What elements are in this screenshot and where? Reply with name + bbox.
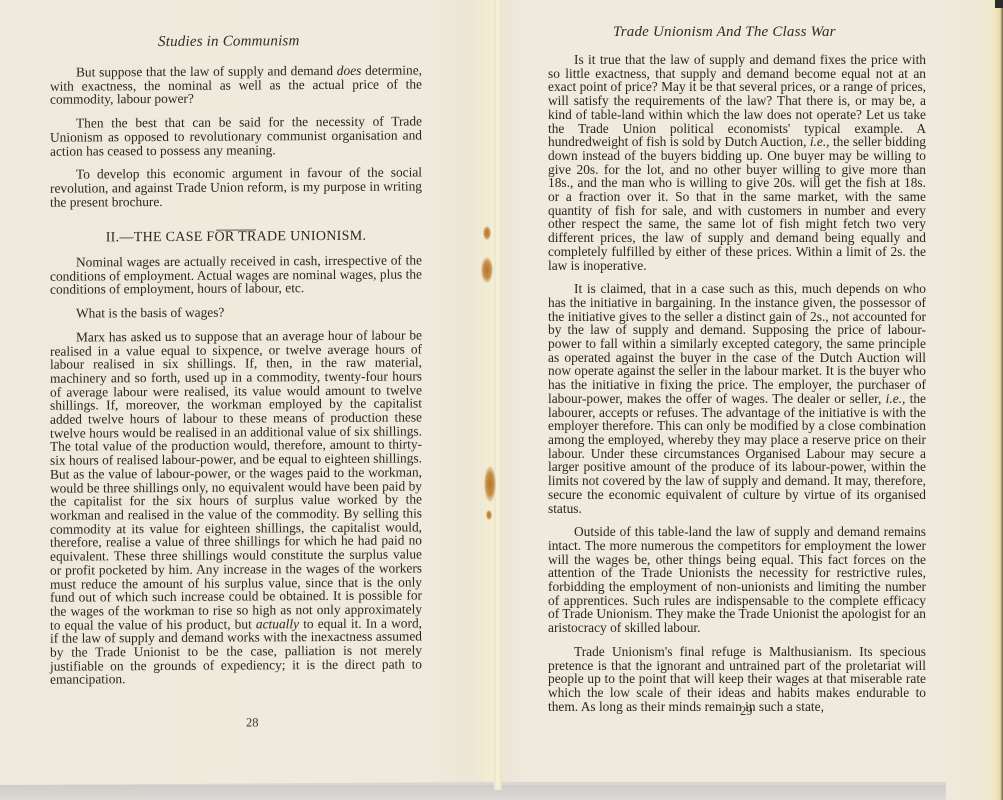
left-paragraphs-before-rule: But suppose that the law of supply and d… — [50, 63, 422, 209]
paragraph: Trade Unionism's final refuge is Malthus… — [548, 645, 926, 714]
left-page: Studies in Communism But suppose that th… — [0, 0, 497, 785]
foxing-stain — [481, 257, 493, 283]
paragraph: Outside of this table-land the law of su… — [548, 525, 926, 635]
paragraph: Is it true that the law of supply and de… — [548, 53, 926, 272]
book-spread: Studies in Communism But suppose that th… — [0, 0, 1003, 800]
paragraph: To develop this economic argument in fav… — [50, 166, 422, 209]
right-running-head: Trade Unionism And The Class War — [613, 24, 836, 41]
right-body-text: Is it true that the law of supply and de… — [548, 53, 926, 723]
page-edges — [946, 0, 1003, 800]
left-paragraphs-after-heading: Nominal wages are actually received in c… — [50, 253, 422, 686]
emphasis: i.e., — [886, 391, 906, 406]
background-corner — [995, 0, 1003, 8]
right-paragraphs: Is it true that the law of supply and de… — [548, 53, 926, 713]
emphasis: i.e., — [810, 134, 830, 149]
right-page: Trade Unionism And The Class War Is it t… — [501, 0, 946, 782]
paragraph: It is claimed, that in a case such as th… — [548, 282, 926, 515]
paragraph: Nominal wages are actually received in c… — [50, 253, 422, 296]
foxing-stain — [486, 510, 492, 520]
paragraph: But suppose that the law of supply and d… — [50, 63, 422, 106]
section-heading: II.—THE CASE FOR TRADE UNIONISM. — [50, 230, 422, 246]
paragraph: Marx has asked us to suppose that an ave… — [50, 328, 422, 687]
foxing-stain — [483, 226, 491, 240]
emphasis: actually — [256, 616, 299, 631]
paragraph: What is the basis of wages? — [50, 305, 422, 321]
left-body-text: But suppose that the law of supply and d… — [50, 63, 422, 696]
foxing-stain — [484, 466, 496, 502]
paragraph: Then the best that can be said for the n… — [50, 115, 422, 158]
right-page-number: 29 — [740, 704, 753, 719]
left-running-head: Studies in Communism — [158, 33, 300, 51]
left-page-number: 28 — [246, 715, 259, 730]
emphasis: does — [337, 63, 362, 78]
